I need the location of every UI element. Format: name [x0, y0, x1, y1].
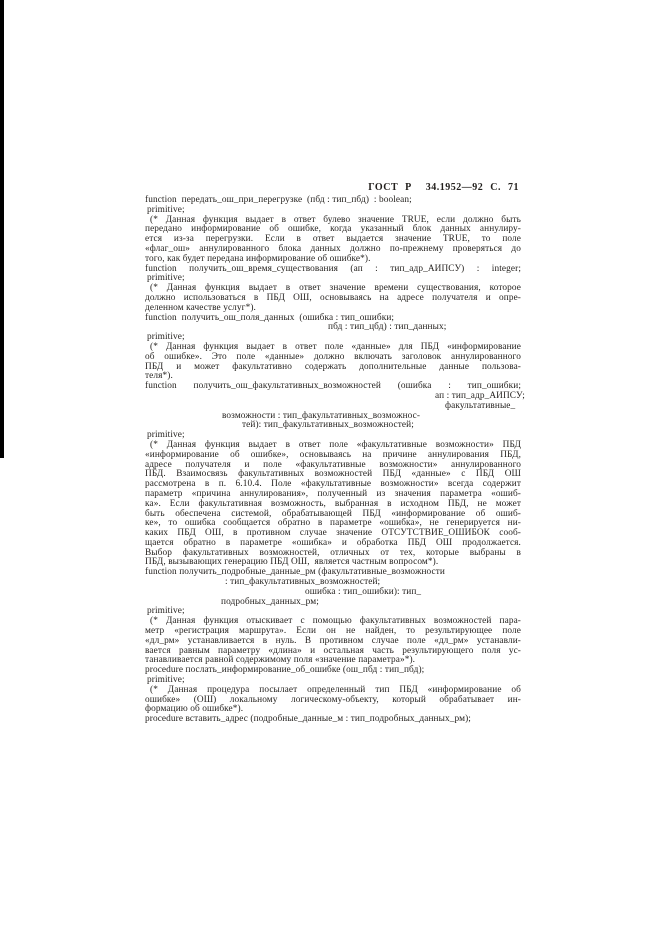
text-line: function передать_ош_при_перегрузке (пбд… [145, 196, 521, 206]
text-line: пбд : тип_цбд) : тип_данных; [145, 323, 521, 333]
text-line: тей): тип_факультативных_возможностей; [145, 421, 521, 431]
page-header: ГОСТ Р 34.1952—92 С. 71 [145, 182, 519, 193]
text-line: procedure вставить_адрес (подробные_данн… [145, 715, 521, 725]
text-line: function получить_ош_время_существования… [145, 265, 521, 275]
text-line: ошибка : тип_ошибки): тип_ [145, 588, 521, 598]
scan-edge-artifact [0, 0, 4, 458]
text-line: procedure послать_информирование_об_ошиб… [145, 666, 521, 676]
document-body: function передать_ош_при_перегрузке (пбд… [145, 196, 521, 725]
text-line: подробных_данных_рм; [145, 598, 521, 608]
text-line: ПБД и может факультативно содержать допо… [145, 363, 521, 373]
scanned-document-page: ГОСТ Р 34.1952—92 С. 71 function передат… [0, 0, 661, 935]
